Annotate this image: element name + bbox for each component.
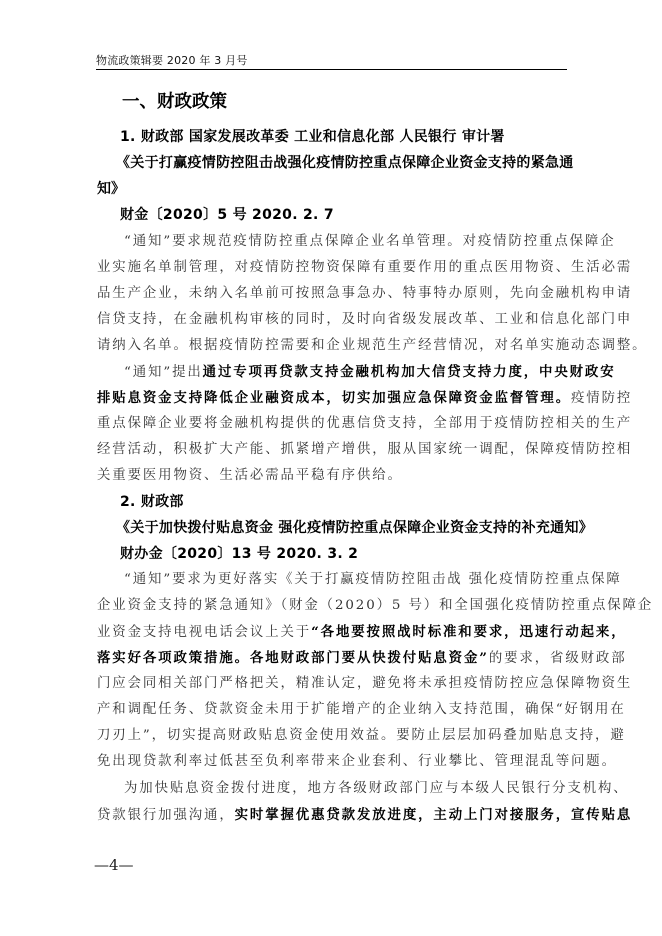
text-segment: “通知”提出 [124, 365, 203, 380]
body-line: 落实好各项政策措施。各地财政部门要从快拨付贴息资金”的要求，省级财政部 [97, 648, 567, 669]
document-page: 物流政策辑要 2020 年 3 月号 一、财政政策 1. 财政部 国家发展改革委… [0, 0, 662, 936]
body-line: 刀刃上”，切实提高财政贴息资金使用效益。要防止层层加码叠加贴息支持，避 [97, 726, 567, 746]
body-line: 为加快贴息资金拨付进度，地方各级财政部门应与本级人民银行分支机构、 [124, 779, 594, 799]
emphasized-text: 排贴息资金支持降低企业融资成本，切实加强应急保障资金监督管理。 [97, 390, 571, 406]
page-number: —4— [94, 856, 134, 874]
text-segment: 为加快贴息资金拨付进度，地方各级财政部门应与本级人民银行分支机构、 [124, 781, 629, 796]
text-segment: 重点保障企业要将金融机构提供的优惠信贷支持，全部用于疫情防控相关的生产 [97, 416, 632, 431]
section-title: 一、财政政策 [122, 92, 592, 112]
item-1-doc-number: 财金〔2020〕5 号 2020. 2. 7 [120, 205, 590, 225]
body-line: 经营活动，积极扩大产能、抓紧增产增供，服从国家统一调配，保障疫情防控相 [97, 440, 567, 460]
running-header: 物流政策辑要 2020 年 3 月号 [96, 50, 567, 70]
running-header-title: 物流政策辑要 2020 年 3 月号 [96, 52, 248, 68]
emphasized-text: 落实好各项政策措施。各地财政部门要从快拨付贴息资金” [97, 650, 489, 666]
text-segment: 信贷支持，在金融机构审核的同时，及时向省级发展改革、工业和信息化部门申 [97, 312, 632, 327]
item-1-doc-title-line1: 《关于打赢疫情防控阻击战强化疫情防控重点保障企业资金支持的紧急通 [116, 153, 586, 173]
body-line: “通知”要求为更好落实《关于打赢疫情防控阻击战 强化疫情防控重点保障 [124, 570, 594, 590]
body-line: 贷款银行加强沟通，实时掌握优惠贷款发放进度，主动上门对接服务，宣传贴息 [97, 805, 567, 826]
body-line: 业实施名单制管理，对疫情防控物资保障有重要作用的重点医用物资、生活必需 [97, 258, 567, 278]
body-line: “通知”要求规范疫情防控重点保障企业名单管理。对疫情防控重点保障企 [124, 232, 594, 252]
text-segment: 贷款银行加强沟通， [97, 808, 235, 823]
emphasized-text: 实时掌握优惠贷款发放进度，主动上门对接服务，宣传贴息 [235, 807, 633, 823]
body-line: 产和调配任务、贷款资金未用于扩能增产的企业纳入支持范围，确保“好钢用在 [97, 700, 567, 720]
item-2-doc-number: 财办金〔2020〕13 号 2020. 3. 2 [120, 544, 590, 564]
body-line: 品生产企业，未纳入名单前可按照急事急办、特事特办原则，先向金融机构申请 [97, 284, 567, 304]
body-line: 关重要医用物资、生活必需品平稳有序供给。 [97, 466, 567, 486]
emphasized-text: 通过专项再贷款支持金融机构加大信贷支持力度，中央财政安 [203, 364, 616, 380]
text-segment: 刀刃上”，切实提高财政贴息资金使用效益。要防止层层加码叠加贴息支持，避 [97, 728, 626, 743]
item-1-heading: 1. 财政部 国家发展改革委 工业和信息化部 人民银行 审计署 [120, 127, 590, 147]
body-line: 企业资金支持的紧急通知》（财金（2020）5 号）和全国强化疫情防控重点保障企 [97, 596, 567, 616]
emphasized-text: “各地要按照战时标准和要求，迅速行动起来， [311, 624, 626, 640]
text-segment: 请纳入名单。根据疫情防控需要和企业规范生产经营情况，对名单实施动态调整。 [97, 338, 647, 353]
item-1-doc-title-line2: 知》 [97, 179, 567, 199]
text-segment: 业资金支持电视电话会议上关于 [97, 625, 311, 640]
text-segment: 疫情防控 [571, 391, 632, 406]
text-segment: 免出现贷款利率过低甚至负利率带来企业套利、行业攀比、管理混乱等问题。 [97, 754, 617, 769]
text-segment: 产和调配任务、贷款资金未用于扩能增产的企业纳入支持范围，确保“好钢用在 [97, 702, 626, 717]
body-line: 排贴息资金支持降低企业融资成本，切实加强应急保障资金监督管理。疫情防控 [97, 388, 567, 409]
item-2-doc-title: 《关于加快拨付贴息资金 强化疫情防控重点保障企业资金支持的补充通知》 [116, 518, 586, 538]
body-line: 业资金支持电视电话会议上关于“各地要按照战时标准和要求，迅速行动起来， [97, 622, 567, 643]
body-line: 重点保障企业要将金融机构提供的优惠信贷支持，全部用于疫情防控相关的生产 [97, 414, 567, 434]
body-line: 信贷支持，在金融机构审核的同时，及时向省级发展改革、工业和信息化部门申 [97, 310, 567, 330]
text-segment: 关重要医用物资、生活必需品平稳有序供给。 [97, 468, 403, 483]
item-2-heading: 2. 财政部 [120, 492, 590, 512]
text-segment: 企业资金支持的紧急通知》（财金（2020）5 号）和全国强化疫情防控重点保障企 [97, 598, 653, 613]
text-segment: “通知”要求为更好落实《关于打赢疫情防控阻击战 强化疫情防控重点保障 [124, 572, 622, 587]
text-segment: 品生产企业，未纳入名单前可按照急事急办、特事特办原则，先向金融机构申请 [97, 286, 632, 301]
body-line: 免出现贷款利率过低甚至负利率带来企业套利、行业攀比、管理混乱等问题。 [97, 752, 567, 772]
body-line: “通知”提出通过专项再贷款支持金融机构加大信贷支持力度，中央财政安 [124, 362, 594, 383]
text-segment: 业实施名单制管理，对疫情防控物资保障有重要作用的重点医用物资、生活必需 [97, 260, 632, 275]
text-segment: 经营活动，积极扩大产能、抓紧增产增供，服从国家统一调配，保障疫情防控相 [97, 442, 632, 457]
text-segment: 的要求，省级财政部 [489, 651, 627, 666]
body-line: 请纳入名单。根据疫情防控需要和企业规范生产经营情况，对名单实施动态调整。 [97, 336, 567, 356]
body-line: 门应会同相关部门严格把关，精准认定，避免将未承担疫情防控应急保障物资生 [97, 674, 567, 694]
text-segment: 门应会同相关部门严格把关，精准认定，避免将未承担疫情防控应急保障物资生 [97, 676, 632, 691]
text-segment: “通知”要求规范疫情防控重点保障企业名单管理。对疫情防控重点保障企 [124, 234, 616, 249]
